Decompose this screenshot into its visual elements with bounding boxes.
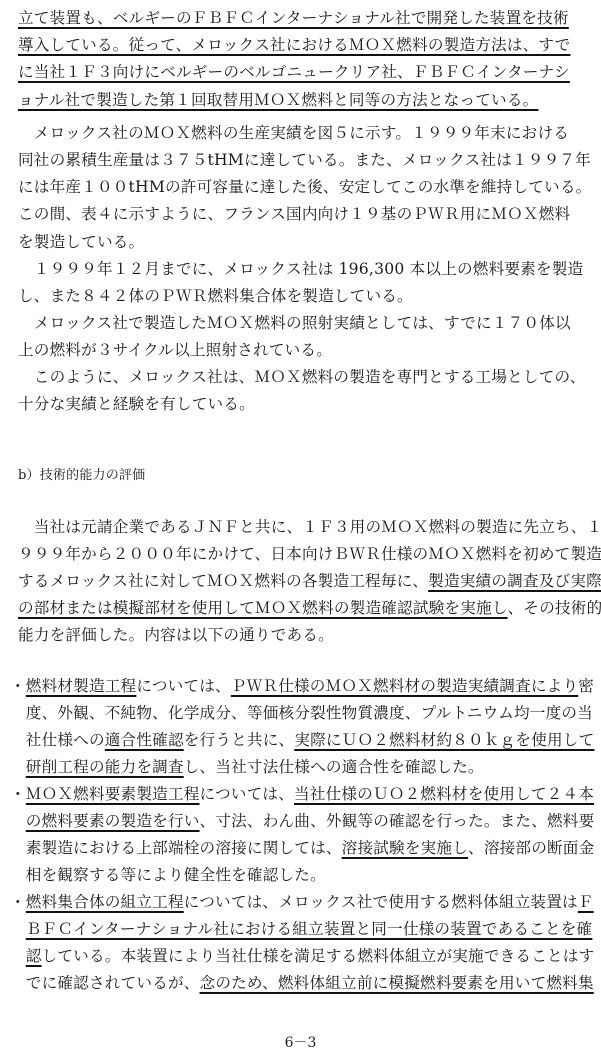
bullet-2-line: 素製造における上部端栓の溶接に関しては、溶接試験を実施し、溶接部の断面金 [10, 838, 595, 858]
text-span: については、 [136, 677, 230, 695]
paragraph-2-line: を製造している。 [18, 232, 595, 252]
text-span: には年産１００tHMの許可容量に達した後、安定してこの水準を維持している。 [18, 178, 591, 196]
paragraph-5-line: 十分な実績と経験を有している。 [18, 394, 595, 414]
text-span [10, 812, 26, 830]
text-span: 社仕様への [10, 731, 105, 749]
paragraph-6-line: するメロックス社に対してＭＯＸ燃料の各製造工程毎に、製造実績の調査及び実際 [18, 571, 595, 591]
text-span: 上の燃料が３サイクル以上照射されている。 [18, 341, 332, 359]
text-span: メロックス社で製造したＭＯＸ燃料の照射実績としては、すでに１７０体以 [18, 314, 571, 332]
underlined-text: ョナル社で製造した第１回取替用ＭＯＸ燃料と同等の方法となっている。 [18, 91, 538, 109]
bullet-2-line: ・ＭＯＸ燃料要素製造工程については、当社仕様のＵＯ２燃料材を使用して２４本 [10, 784, 595, 804]
underlined-text: 燃料材製造工程 [26, 677, 137, 695]
bullet-1-line: 度、外観、不純物、化学成分、等価核分裂性物質濃度、プルトニウム均一度の当 [10, 703, 595, 723]
paragraph-2-line: には年産１００tHMの許可容量に達した後、安定してこの水準を維持している。 [18, 177, 595, 197]
paragraph-2-line: メロックス社のＭＯＸ燃料の生産実績を図５に示す。１９９９年末における [18, 123, 595, 143]
paragraph-1-line: 立て装置も、ベルギーのＦＢＦＣインターナショナル社で開発した装置を技術 [18, 8, 595, 28]
text-span: 能力を評価した。内容は以下の通りである。 [18, 626, 334, 644]
underlined-text: 溶接試験を実施し [342, 839, 468, 857]
underlined-text: の燃料要素の製造を行い [26, 812, 200, 830]
text-span: 、溶接部の断面金 [468, 839, 594, 857]
paragraph-2-line: この間、表４に示すように、フランス国内向け１９基のＰＷＲ用にＭＯＸ燃料 [18, 204, 595, 224]
underlined-text: Ｆ [578, 893, 594, 911]
paragraph-6-line: の部材または模擬部材を使用してＭＯＸ燃料の製造確認試験を実施し、その技術的 [18, 598, 595, 618]
underlined-text: ＰＷＲ仕様のＭＯＸ燃料材の製造実績調査により [231, 677, 578, 695]
paragraph-6-line: 当社は元請企業であるＪＮＦと共に、１Ｆ３用のＭＯＸ燃料の製造に先立ち、１ [18, 517, 595, 537]
text-span: を行うと共に、 [184, 731, 295, 749]
underlined-text: に当社１Ｆ３向けにベルギーのベルゴニュークリア社、ＦＢＦＣインターナシ [18, 63, 570, 81]
bullet-1-line: ・燃料材製造工程については、ＰＷＲ仕様のＭＯＸ燃料材の製造実績調査により密 [10, 676, 595, 696]
paragraph-1-line: に当社１Ｆ３向けにベルギーのベルゴニュークリア社、ＦＢＦＣインターナシ [18, 62, 595, 82]
paragraph-3-line: し、また８４２体のＰＷＲ燃料集合体を製造している。 [18, 286, 595, 306]
bullet-3-line: ・燃料集合体の組立工程については、メロックス社で使用する燃料体組立装置はＦ [10, 892, 595, 912]
paragraph-6-line: ９９９年から２０００年にかけて、日本向けＢＷＲ仕様のＭＯＸ燃料を初めて製造 [18, 544, 595, 564]
paragraph-4-line: 上の燃料が３サイクル以上照射されている。 [18, 340, 595, 360]
text-span: ・ [10, 893, 26, 911]
text-span: するメロックス社に対してＭＯＸ燃料の各製造工程毎に、 [18, 572, 428, 590]
text-span [10, 920, 26, 938]
text-span: している。本装置により当社仕様を満足する燃料体組立が実施できることはす [42, 947, 595, 965]
text-span: ・ [10, 677, 26, 695]
bullet-3-line: 認している。本装置により当社仕様を満足する燃料体組立が実施できることはす [10, 946, 595, 966]
page-number: 6－3 [0, 1032, 601, 1052]
underlined-text: 認 [26, 947, 42, 965]
section-heading: b）技術的能力の評価 [18, 466, 595, 486]
underlined-text: 製造実績の調査及び実際 [428, 572, 601, 590]
underlined-text: 立て装置も、ベルギーのＦＢＦＣインターナショナル社で開発した装置を技術 [18, 9, 569, 27]
bullet-3-line: ＢＦＣインターナショナル社における組立装置と同一仕様の装置であることを確 [10, 919, 595, 939]
text-span: 素製造における上部端栓の溶接に関しては、 [10, 839, 342, 857]
bullet-1-line: 研削工程の能力を調査し、当社寸法仕様への適合性を確認した。 [10, 757, 595, 777]
underlined-text: 実際にＵＯ２燃料材約８０ｋｇを使用して [294, 731, 594, 749]
text-span: このように、メロックス社は、ＭＯＸ燃料の製造を専門とする工場としての、 [18, 368, 585, 386]
paragraph-4-line: メロックス社で製造したＭＯＸ燃料の照射実績としては、すでに１７０体以 [18, 313, 595, 333]
paragraph-3-line: １９９９年１２月までに、メロックス社は 196,300 本以上の燃料要素を製造 [18, 259, 595, 279]
underlined-text: の部材または模擬部材を使用してＭＯＸ燃料の製造確認試験を実施し [18, 599, 508, 617]
underlined-text: 念のため、燃料体組立前に模擬燃料要素を用いて燃料集 [200, 974, 594, 992]
text-span: 同社の累積生産量は３７５tHMに達している。また、メロックス社は１９９７年 [18, 151, 591, 169]
text-span: し、また８４２体のＰＷＲ燃料集合体を製造している。 [18, 287, 413, 305]
text-span: 密 [578, 677, 594, 695]
text-span: については、 [200, 785, 294, 803]
underlined-text: 研削工程の能力を調査 [26, 758, 184, 776]
text-span: この間、表４に示すように、フランス国内向け１９基のＰＷＲ用にＭＯＸ燃料 [18, 205, 570, 223]
underlined-text: 導入している。従って、メロックス社におけるＭＯＸ燃料の製造方法は、すで [18, 36, 570, 54]
text-span: 度、外観、不純物、化学成分、等価核分裂性物質濃度、プルトニウム均一度の当 [10, 704, 593, 722]
bullet-2-line: 相を観察する等により健全性を確認した。 [10, 865, 595, 885]
text-span: 、その技術的 [508, 599, 601, 617]
underlined-text: 燃料集合体の組立工程 [26, 893, 184, 911]
text-span [10, 758, 26, 776]
text-span: でに確認されているが、 [10, 974, 200, 992]
paragraph-2-line: 同社の累積生産量は３７５tHMに達している。また、メロックス社は１９９７年 [18, 150, 595, 170]
paragraph-6-line: 能力を評価した。内容は以下の通りである。 [18, 625, 595, 645]
underlined-text: 当社仕様のＵＯ２燃料材を使用して２４本 [294, 785, 594, 803]
bullet-1-line: 社仕様への適合性確認を行うと共に、実際にＵＯ２燃料材約８０ｋｇを使用して [10, 730, 595, 750]
underlined-text: ＭＯＸ燃料要素製造工程 [26, 785, 200, 803]
text-span: 、寸法、わん曲、外観等の確認を行った。また、燃料要 [200, 812, 595, 830]
underlined-text: 適合性確認 [105, 731, 184, 749]
text-span: 十分な実績と経験を有している。 [18, 395, 255, 413]
paragraph-1-line: 導入している。従って、メロックス社におけるＭＯＸ燃料の製造方法は、すで [18, 35, 595, 55]
text-span: を製造している。 [18, 233, 144, 251]
text-span: １９９９年１２月までに、メロックス社は 196,300 本以上の燃料要素を製造 [18, 260, 583, 278]
underlined-text: ＢＦＣインターナショナル社における組立装置と同一仕様の装置であることを確 [26, 920, 593, 938]
text-span: し、当社寸法仕様への適合性を確認した。 [184, 758, 484, 776]
text-span: 当社は元請企業であるＪＮＦと共に、１Ｆ３用のＭＯＸ燃料の製造に先立ち、１ [18, 518, 601, 536]
text-span: 相を観察する等により健全性を確認した。 [10, 866, 326, 884]
text-span: については、メロックス社で使用する燃料体組立装置は [184, 893, 578, 911]
paragraph-1-line: ョナル社で製造した第１回取替用ＭＯＸ燃料と同等の方法となっている。 [18, 90, 595, 110]
bullet-2-line: の燃料要素の製造を行い、寸法、わん曲、外観等の確認を行った。また、燃料要 [10, 811, 595, 831]
text-span: ９９９年から２０００年にかけて、日本向けＢＷＲ仕様のＭＯＸ燃料を初めて製造 [18, 545, 601, 563]
text-span: メロックス社のＭＯＸ燃料の生産実績を図５に示す。１９９９年末における [18, 124, 569, 142]
paragraph-5-line: このように、メロックス社は、ＭＯＸ燃料の製造を専門とする工場としての、 [18, 367, 595, 387]
text-span [10, 947, 26, 965]
bullet-3-line: でに確認されているが、念のため、燃料体組立前に模擬燃料要素を用いて燃料集 [10, 973, 595, 993]
text-span: ・ [10, 785, 26, 803]
